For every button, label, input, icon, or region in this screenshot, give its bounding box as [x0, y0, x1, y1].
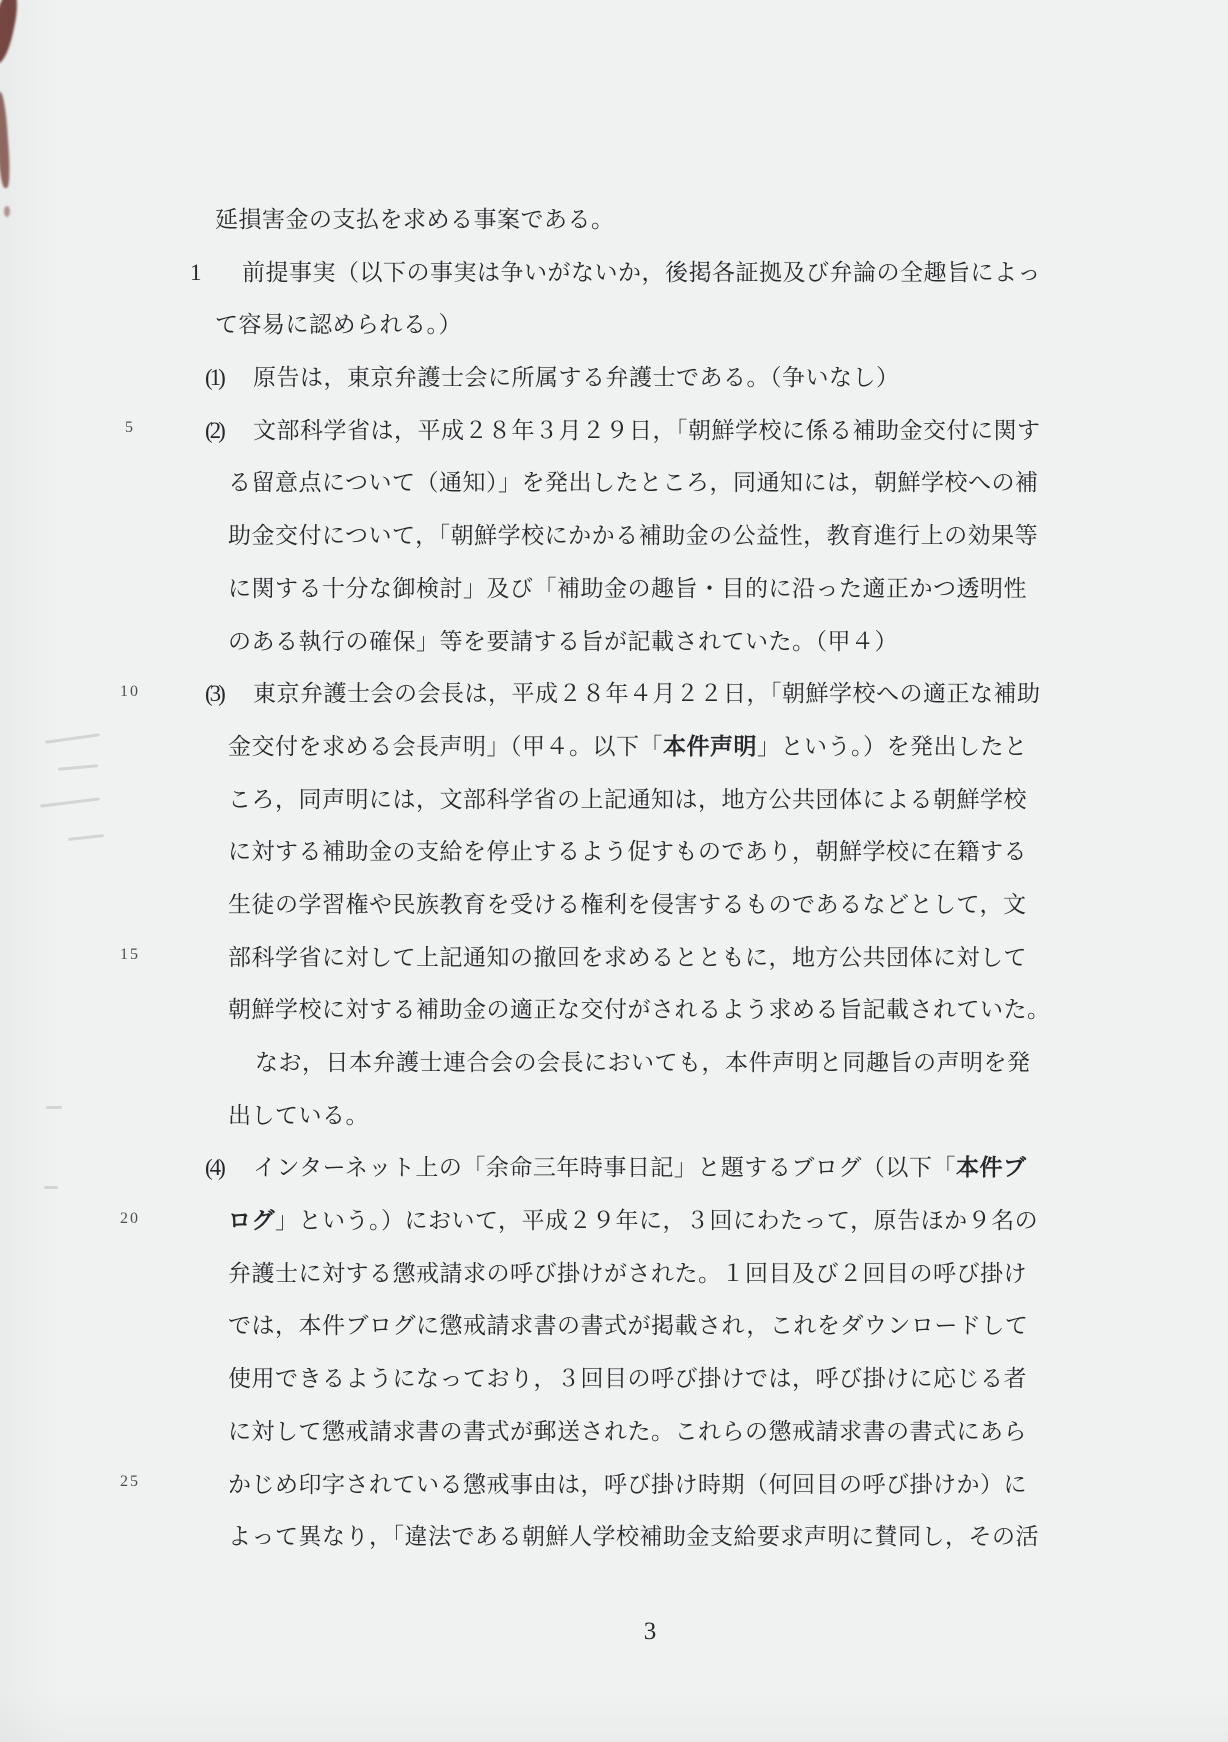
line-text: 助金交付について，「朝鮮学校にかかる補助金の公益性，教育進行上の効果等: [228, 523, 1038, 548]
line-text: て容易に認められる。）: [215, 312, 462, 337]
section-number: 1: [190, 247, 242, 300]
line-text: 金交付を求める会長声明」（甲４。以下「: [228, 734, 663, 759]
text-line: 生徒の学習権や民族教育を受ける権利を侵害するものであるなどとして，文: [190, 879, 1070, 932]
text-line: 1前提事実（以下の事実は争いがないか，後掲各証拠及び弁論の全趣旨によっ: [190, 247, 1070, 300]
text-line: 朝鮮学校に対する補助金の適正な交付がされるよう求める旨記載されていた。: [190, 984, 1070, 1037]
text-line: に対して懲戒請求書の書式が郵送された。これらの懲戒請求書の書式にあら: [190, 1406, 1070, 1459]
text-line: て容易に認められる。）: [190, 299, 1070, 352]
line-number-marker: 20: [108, 1210, 152, 1228]
text-line: (3)東京弁護士会の会長は，平成２８年４月２２日，「朝鮮学校への適正な補助: [190, 668, 1070, 721]
text-line: のある執行の確保」等を要請する旨が記載されていた。（甲４）: [190, 616, 1070, 669]
item-marker: (3): [205, 668, 253, 721]
line-text: 生徒の学習権や民族教育を受ける権利を侵害するものであるなどとして，文: [228, 892, 1027, 917]
item-marker: (4): [205, 1142, 253, 1195]
line-text: 」という。）において，平成２９年に，３回にわたって，原告ほか９名の: [275, 1208, 1038, 1233]
line-number-marker: 10: [108, 683, 152, 701]
line-text: 弁護士に対する懲戒請求の呼び掛けがされた。１回目及び２回目の呼び掛け: [228, 1261, 1027, 1286]
text-line: る留意点について（通知）」を発出したところ，同通知には，朝鮮学校への補: [190, 457, 1070, 510]
text-line: 助金交付について，「朝鮮学校にかかる補助金の公益性，教育進行上の効果等: [190, 510, 1070, 563]
text-line: 出している。: [190, 1090, 1070, 1143]
line-text: に関する十分な御検討」及び「補助金の趣旨・目的に沿った適正かつ透明性: [228, 576, 1027, 601]
line-text: 原告は，東京弁護士会に所属する弁護士である。（争いなし）: [253, 365, 900, 390]
text-line: (4)インターネット上の「余命三年時事日記」と題するブログ（以下「本件ブ: [190, 1142, 1070, 1195]
text-line: 部科学省に対して上記通知の撤回を求めるとともに，地方公共団体に対して: [190, 932, 1070, 985]
text-line: よって異なり，「違法である朝鮮人学校補助金支給要求声明に賛同し，その活: [190, 1511, 1070, 1564]
scan-artifact: [68, 834, 104, 841]
line-text: のある執行の確保」等を要請する旨が記載されていた。（甲４）: [228, 629, 898, 654]
item-marker: (1): [205, 352, 253, 405]
text-line: 金交付を求める会長声明」（甲４。以下「本件声明」という。）を発出したと: [190, 721, 1070, 774]
page-number: 3: [600, 1618, 700, 1646]
defined-term: 本件声明: [663, 734, 757, 759]
line-text: 出している。: [228, 1103, 369, 1128]
line-number-marker: 5: [108, 419, 152, 437]
line-text: なお，日本弁護士連合会の会長においても，本件声明と同趣旨の声明を発: [255, 1050, 1031, 1075]
line-text: インターネット上の「余命三年時事日記」と題するブログ（以下「: [253, 1155, 956, 1180]
text-line: (2)文部科学省は，平成２８年３月２９日，「朝鮮学校に係る補助金交付に関す: [190, 405, 1070, 458]
line-text: 部科学省に対して上記通知の撤回を求めるとともに，地方公共団体に対して: [228, 945, 1027, 970]
scan-artifact: [40, 797, 100, 807]
text-line: ころ，同声明には，文部科学省の上記通知は，地方公共団体による朝鮮学校: [190, 774, 1070, 827]
line-text: 前提事実（以下の事実は争いがないか，後掲各証拠及び弁論の全趣旨によっ: [242, 260, 1041, 285]
text-line: 使用できるようになっており，３回目の呼び掛けでは，呼び掛けに応じる者: [190, 1353, 1070, 1406]
defined-term: 本件ブ: [956, 1155, 1027, 1180]
ink-smudge: [4, 206, 10, 217]
line-text: 使用できるようになっており，３回目の呼び掛けでは，呼び掛けに応じる者: [228, 1366, 1027, 1391]
line-number-marker: 25: [108, 1473, 152, 1491]
defined-term: ログ: [228, 1208, 275, 1233]
line-text: 延損害金の支払を求める事案である。: [215, 207, 615, 232]
ink-smudge: [0, 92, 11, 189]
text-line: に対する補助金の支給を停止するよう促すものであり，朝鮮学校に在籍する: [190, 826, 1070, 879]
scan-artifact: [46, 1106, 62, 1109]
scan-artifact: [44, 1186, 58, 1189]
line-text: かじめ印字されている懲戒事由は，呼び掛け時期（何回目の呼び掛けか）に: [228, 1472, 1027, 1497]
scan-artifact: [58, 764, 98, 770]
line-number-marker: 15: [108, 946, 152, 964]
line-text: に対して懲戒請求書の書式が郵送された。これらの懲戒請求書の書式にあら: [228, 1419, 1027, 1444]
line-text: よって異なり，「違法である朝鮮人学校補助金支給要求声明に賛同し，その活: [228, 1524, 1039, 1549]
text-line: ログ」という。）において，平成２９年に，３回にわたって，原告ほか９名の: [190, 1195, 1070, 1248]
text-line: なお，日本弁護士連合会の会長においても，本件声明と同趣旨の声明を発: [190, 1037, 1070, 1090]
text-line: (1)原告は，東京弁護士会に所属する弁護士である。（争いなし）: [190, 352, 1070, 405]
item-marker: (2): [205, 405, 253, 458]
line-text: 」という。）を発出したと: [757, 734, 1028, 759]
line-text: ころ，同声明には，文部科学省の上記通知は，地方公共団体による朝鮮学校: [228, 787, 1027, 812]
text-line: に関する十分な御検討」及び「補助金の趣旨・目的に沿った適正かつ透明性: [190, 563, 1070, 616]
text-line: かじめ印字されている懲戒事由は，呼び掛け時期（何回目の呼び掛けか）に: [190, 1459, 1070, 1512]
scan-artifact: [45, 733, 100, 744]
document-page: 5 10 15 20 25 延損害金の支払を求める事案である。 1前提事実（以下…: [0, 0, 1228, 1742]
text-line: 延損害金の支払を求める事案である。: [190, 194, 1070, 247]
text-line: では，本件ブログに懲戒請求書の書式が掲載され，これをダウンロードして: [190, 1300, 1070, 1353]
line-text: に対する補助金の支給を停止するよう促すものであり，朝鮮学校に在籍する: [228, 839, 1027, 864]
line-text: 東京弁護士会の会長は，平成２８年４月２２日，「朝鮮学校への適正な補助: [253, 681, 1041, 706]
body-text: 延損害金の支払を求める事案である。 1前提事実（以下の事実は争いがないか，後掲各…: [190, 194, 1070, 1564]
line-text: る留意点について（通知）」を発出したところ，同通知には，朝鮮学校への補: [228, 470, 1039, 495]
line-text: では，本件ブログに懲戒請求書の書式が掲載され，これをダウンロードして: [228, 1313, 1028, 1338]
line-text: 朝鮮学校に対する補助金の適正な交付がされるよう求める旨記載されていた。: [228, 997, 1051, 1022]
text-line: 弁護士に対する懲戒請求の呼び掛けがされた。１回目及び２回目の呼び掛け: [190, 1248, 1070, 1301]
ink-smudge: [0, 0, 21, 65]
line-text: 文部科学省は，平成２８年３月２９日，「朝鮮学校に係る補助金交付に関す: [253, 418, 1041, 443]
